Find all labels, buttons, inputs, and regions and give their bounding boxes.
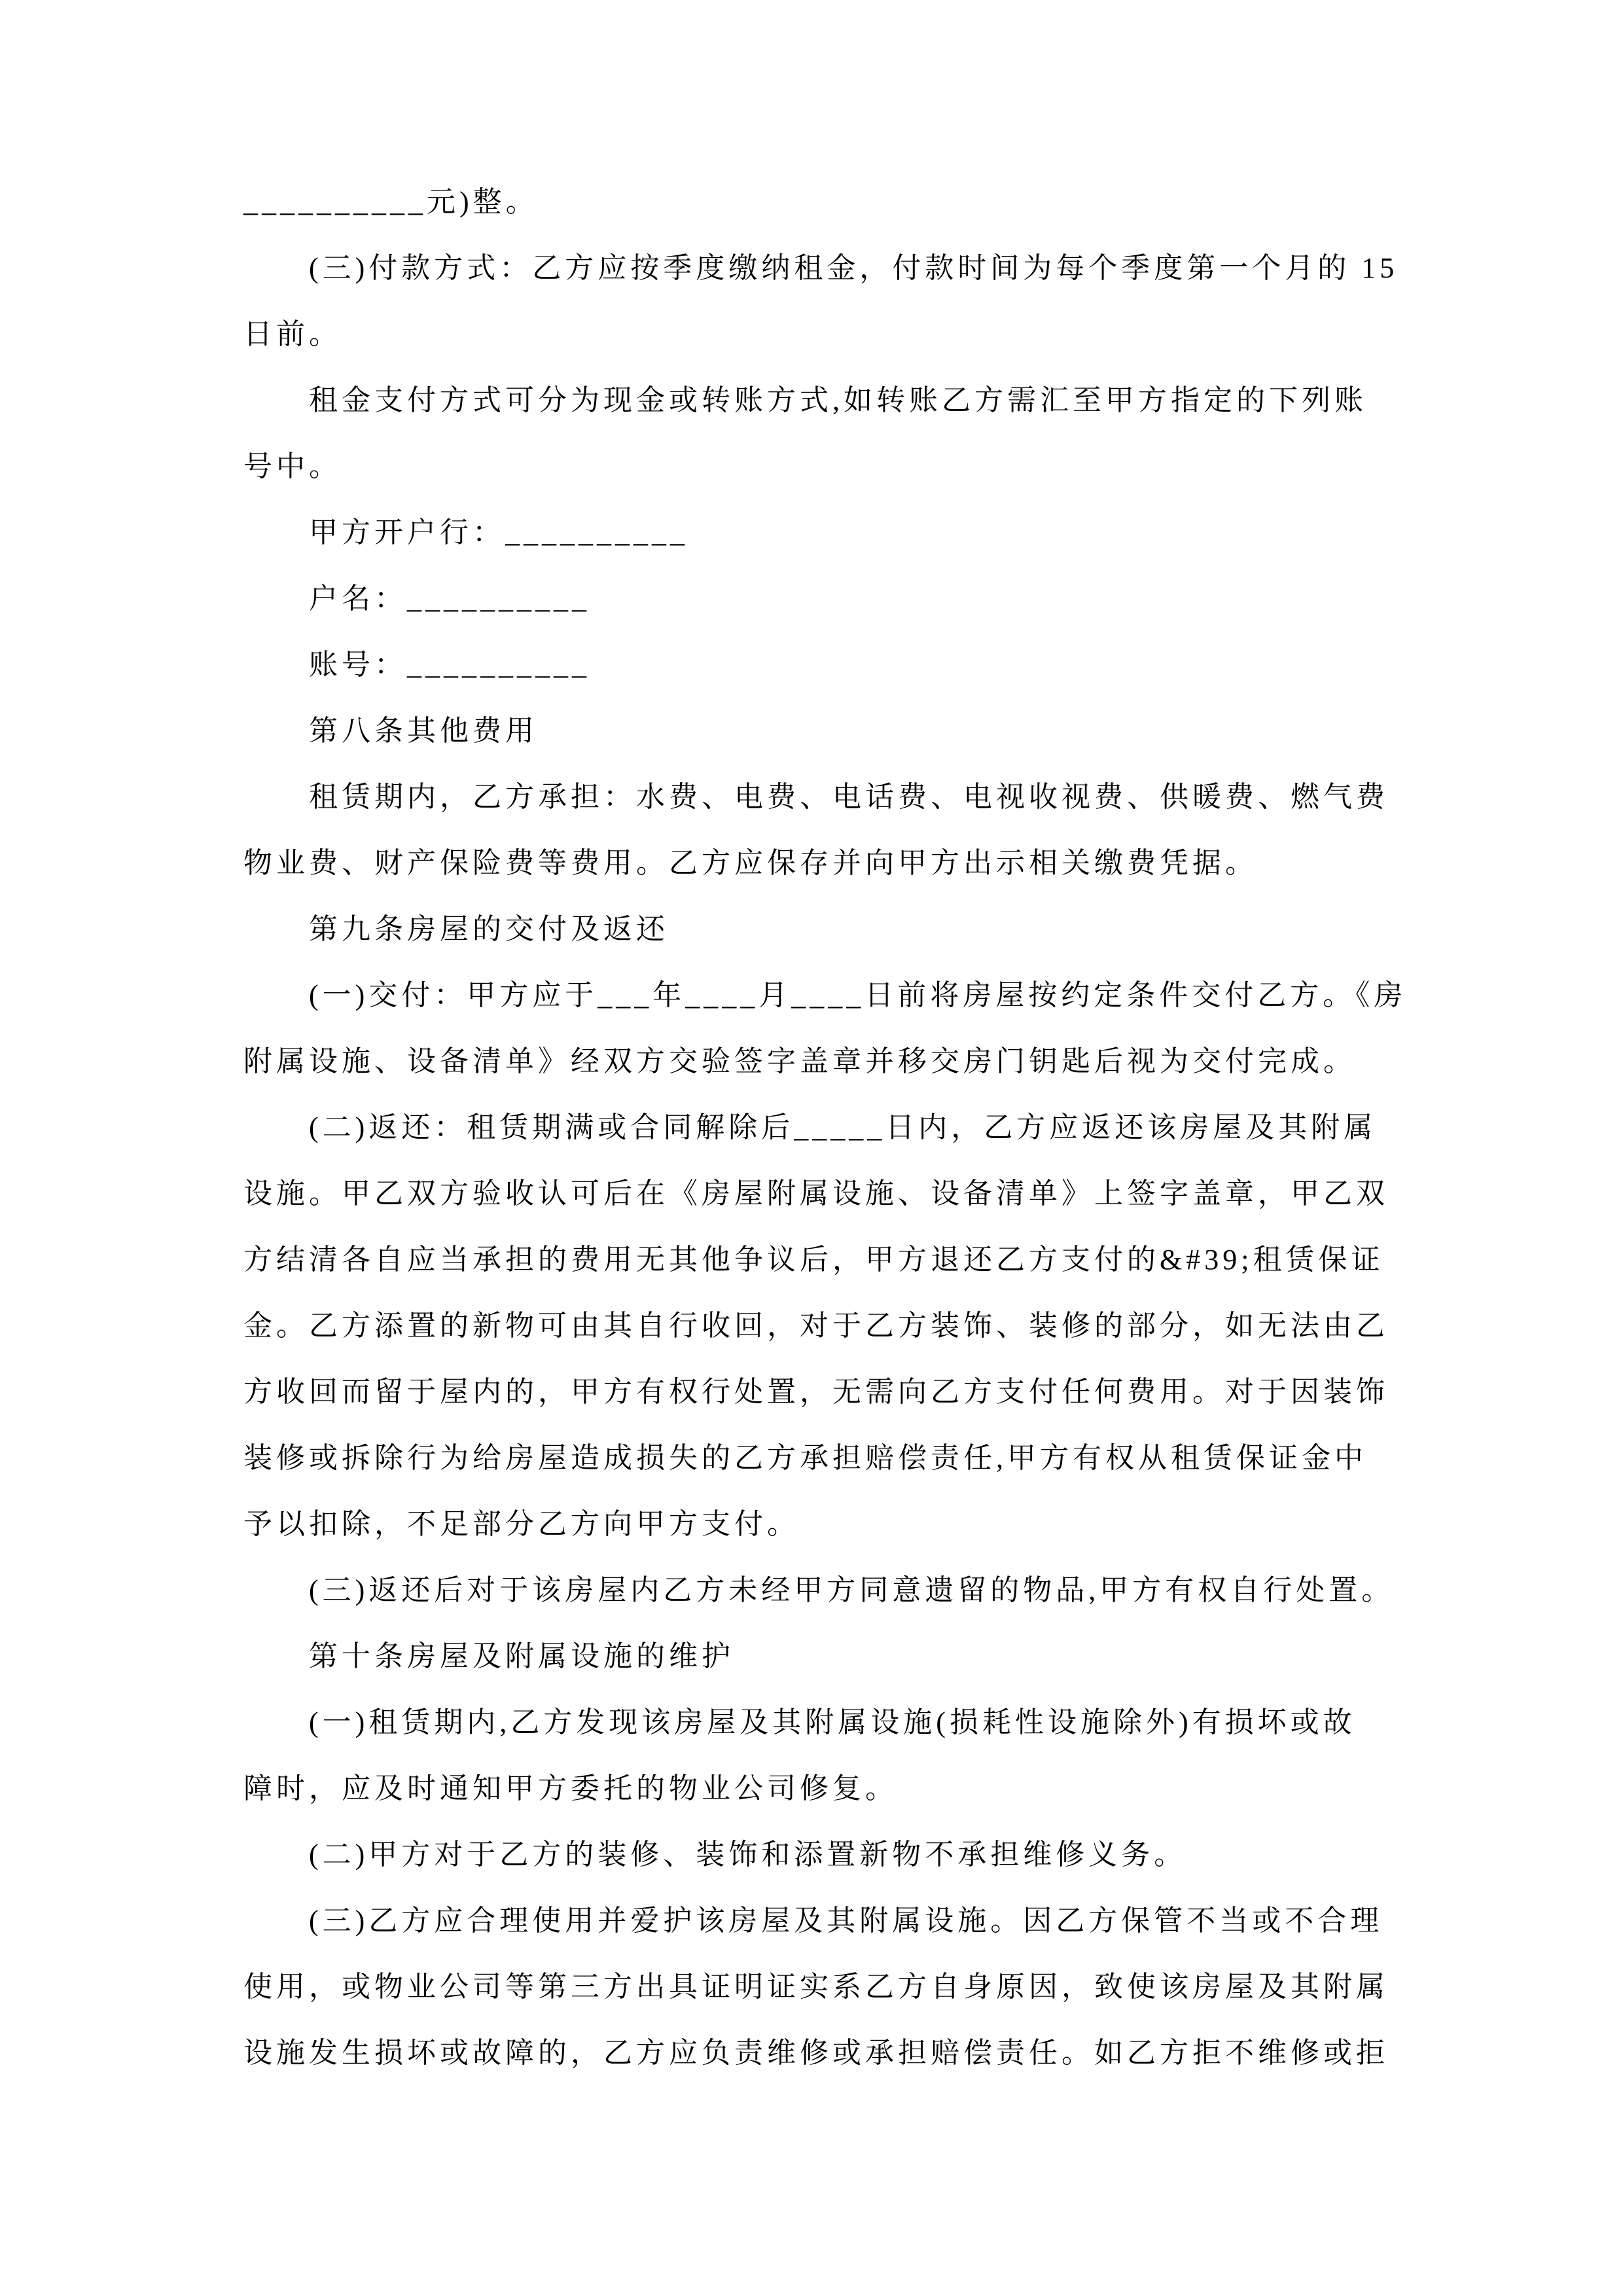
clause-2-return-cont-6: 予以扣除，不足部分乙方向甲方支付。: [243, 1491, 1387, 1557]
article-10-heading: 第十条房屋及附属设施的维护: [243, 1623, 1387, 1689]
clause-3-proper-use-cont-1: 使用，或物业公司等第三方出具证明证实系乙方自身原因，致使该房屋及其附属: [243, 1954, 1387, 2020]
clause-3-payment-method-cont: 日前。: [243, 301, 1387, 367]
clause-2-return: (二)返还：租赁期满或合同解除后_____日内，乙方应返还该房屋及其附属: [243, 1094, 1387, 1160]
contract-page: __________元)整。 (三)付款方式：乙方应按季度缴纳租金，付款时间为每…: [243, 169, 1387, 2086]
account-number-line: 账号：__________: [243, 632, 1387, 698]
clause-2-return-cont-1: 设施。甲乙双方验收认可后在《房屋附属设施、设备清单》上签字盖章，甲乙双: [243, 1160, 1387, 1227]
clause-2-return-cont-2: 方结清各自应当承担的费用无其他争议后，甲方退还乙方支付的&#39;租赁保证: [243, 1227, 1387, 1293]
clause-1-delivery-cont: 附属设施、设备清单》经双方交验签字盖章并移交房门钥匙后视为交付完成。: [243, 1028, 1387, 1094]
rent-payment-channel-para: 租金支付方式可分为现金或转账方式,如转账乙方需汇至甲方指定的下列账: [243, 367, 1387, 433]
article-8-fees-para-cont: 物业费、财产保险费等费用。乙方应保存并向甲方出示相关缴费凭据。: [243, 830, 1387, 896]
clause-3-payment-method: (三)付款方式：乙方应按季度缴纳租金，付款时间为每个季度第一个月的 15: [243, 235, 1387, 301]
bank-branch-line: 甲方开户行：__________: [243, 499, 1387, 565]
clause-2-return-cont-5: 装修或拆除行为给房屋造成损失的乙方承担赔偿责任,甲方有权从租赁保证金中: [243, 1425, 1387, 1491]
article-8-fees-para: 租赁期内，乙方承担：水费、电费、电话费、电视收视费、供暖费、燃气费: [243, 764, 1387, 830]
article-8-heading: 第八条其他费用: [243, 698, 1387, 764]
clause-1-repair-cont: 障时，应及时通知甲方委托的物业公司修复。: [243, 1755, 1387, 1821]
clause-3-proper-use-cont-2: 设施发生损坏或故障的，乙方应负责维修或承担赔偿责任。如乙方拒不维修或拒: [243, 2020, 1387, 2086]
clause-2-return-cont-3: 金。乙方添置的新物可由其自行收回，对于乙方装饰、装修的部分，如无法由乙: [243, 1293, 1387, 1359]
clause-2-no-maintenance: (二)甲方对于乙方的装修、装饰和添置新物不承担维修义务。: [243, 1821, 1387, 1888]
clause-3-leftover-items: (三)返还后对于该房屋内乙方未经甲方同意遗留的物品,甲方有权自行处置。: [243, 1557, 1387, 1623]
amount-blank-line: __________元)整。: [243, 169, 1387, 235]
clause-2-return-cont-4: 方收回而留于屋内的，甲方有权行处置，无需向乙方支付任何费用。对于因装饰: [243, 1359, 1387, 1425]
clause-1-delivery: (一)交付：甲方应于___年____月____日前将房屋按约定条件交付乙方。《房: [243, 962, 1387, 1028]
account-name-line: 户名：__________: [243, 565, 1387, 632]
clause-3-proper-use: (三)乙方应合理使用并爱护该房屋及其附属设施。因乙方保管不当或不合理: [243, 1888, 1387, 1954]
article-9-heading: 第九条房屋的交付及返还: [243, 896, 1387, 962]
rent-payment-channel-cont: 号中。: [243, 433, 1387, 499]
clause-1-repair: (一)租赁期内,乙方发现该房屋及其附属设施(损耗性设施除外)有损坏或故: [243, 1689, 1387, 1755]
